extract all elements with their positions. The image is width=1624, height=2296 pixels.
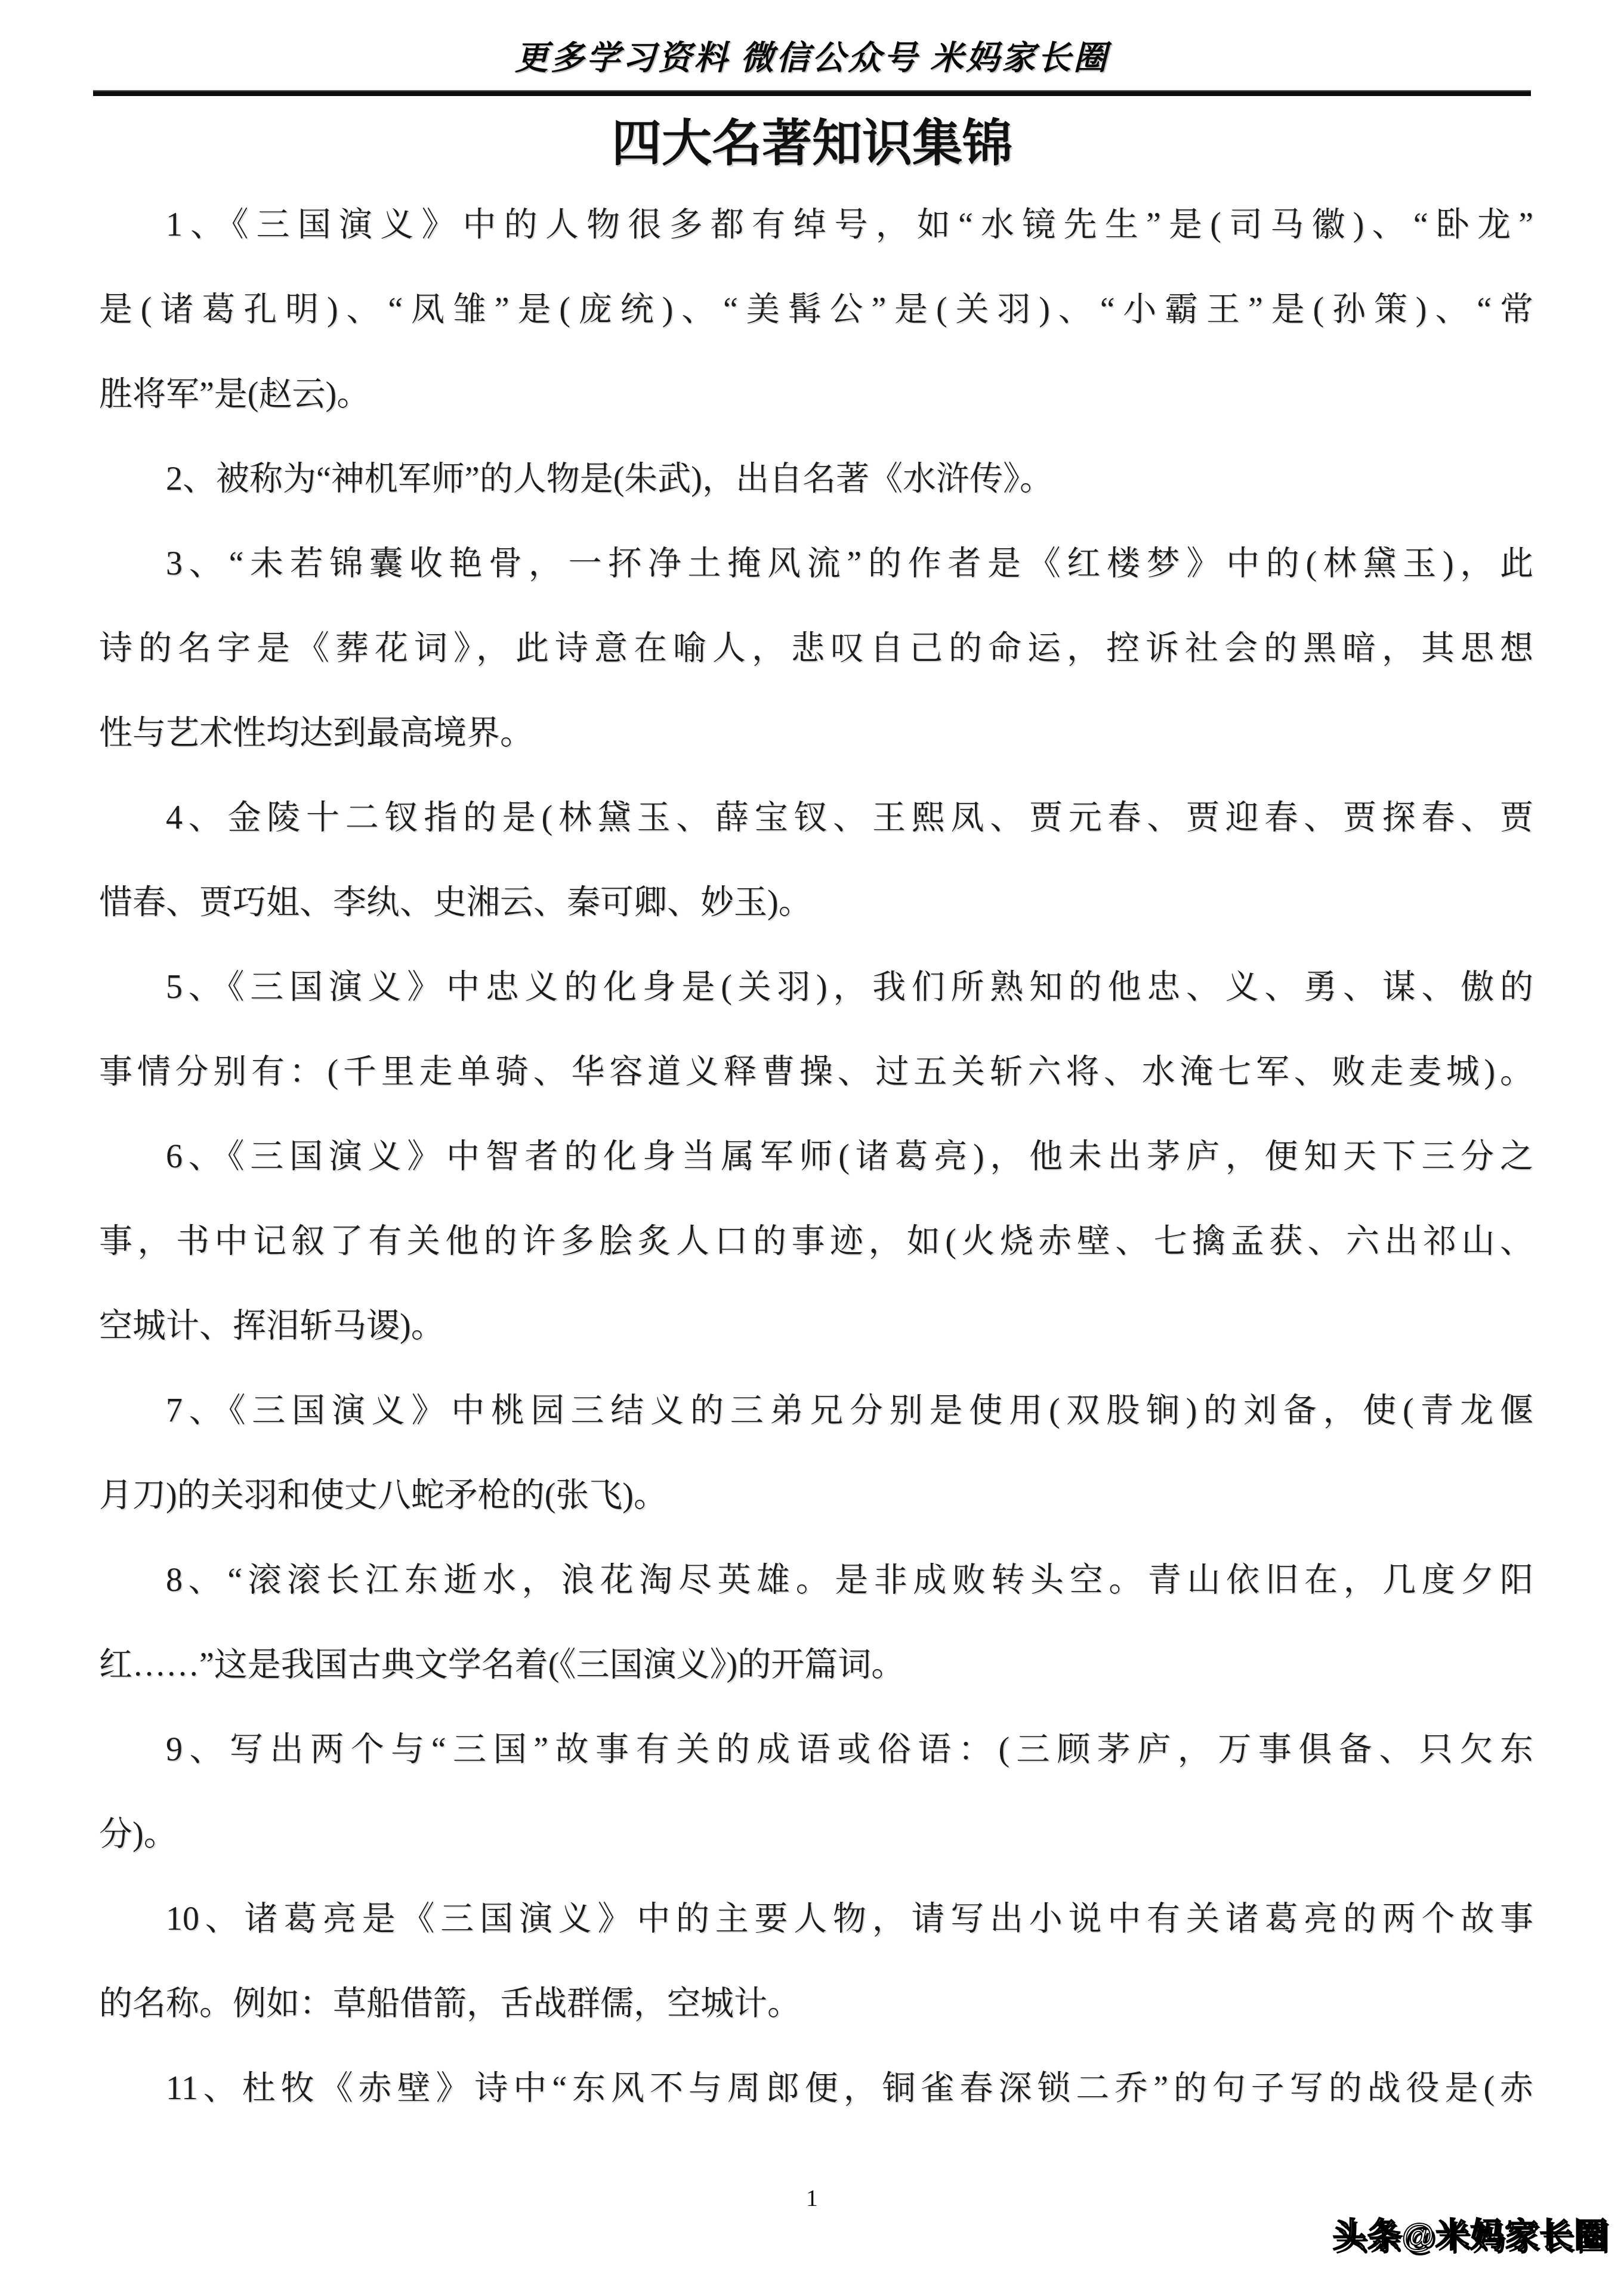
- text-line: 的名称。例如：草船借箭，舌战群儒，空城计。: [99, 1961, 1533, 2046]
- watermark: 头条@米妈家长圈: [1332, 2202, 1608, 2268]
- text-line: 事，书中记叙了有关他的许多脍炙人口的事迹，如(火烧赤壁、七擒孟获、六出祁山、: [99, 1199, 1533, 1284]
- text-line: 事情分别有：(千里走单骑、华容道义释曹操、过五关斩六将、水淹七军、败走麦城)。: [99, 1030, 1533, 1114]
- page-header: 更多学习资料 微信公众号 米妈家长圈: [0, 29, 1624, 88]
- text-line: 3、“未若锦囊收艳骨，一抔净土掩风流”的作者是《红楼梦》中的(林黛玉)，此: [99, 521, 1533, 606]
- page-title: 四大名著知识集锦: [0, 111, 1624, 178]
- text-line: 惜春、贾巧姐、李纨、史湘云、秦可卿、妙玉)。: [99, 860, 1533, 945]
- header-divider: [93, 90, 1531, 96]
- document-page: 更多学习资料 微信公众号 米妈家长圈 四大名著知识集锦 1、《三国演义》中的人物…: [0, 0, 1624, 2296]
- text-line: 10、诸葛亮是《三国演义》中的主要人物，请写出小说中有关诸葛亮的两个故事: [99, 1877, 1533, 1961]
- text-line: 月刀)的关羽和使丈八蛇矛枪的(张飞)。: [99, 1453, 1533, 1538]
- text-line: 胜将军”是(赵云)。: [99, 352, 1533, 437]
- text-line: 性与艺术性均达到最高境界。: [99, 691, 1533, 775]
- text-line: 空城计、挥泪斩马谡)。: [99, 1284, 1533, 1368]
- text-line: 6、《三国演义》中智者的化身当属军师(诸葛亮)，他未出茅庐，便知天下三分之: [99, 1114, 1533, 1199]
- text-line: 7、《三国演义》中桃园三结义的三弟兄分别是使用(双股锏)的刘备，使(青龙偃: [99, 1368, 1533, 1453]
- text-line: 5、《三国演义》中忠义的化身是(关羽)，我们所熟知的他忠、义、勇、谋、傲的: [99, 945, 1533, 1030]
- text-line: 1、《三国演义》中的人物很多都有绰号，如“水镜先生”是(司马徽)、“卧龙”: [99, 183, 1533, 267]
- text-line: 11、杜牧《赤壁》诗中“东风不与周郎便，铜雀春深锁二乔”的句子写的战役是(赤: [99, 2046, 1533, 2131]
- text-line: 是(诸葛孔明)、“凤雏”是(庞统)、“美髯公”是(关羽)、“小霸王”是(孙策)、…: [99, 267, 1533, 352]
- text-line: 2、被称为“神机军师”的人物是(朱武)，出自名著《水浒传》。: [99, 437, 1533, 521]
- text-line: 红……”这是我国古典文学名着(《三国演义》)的开篇词。: [99, 1623, 1533, 1707]
- text-line: 4、金陵十二钗指的是(林黛玉、薛宝钗、王熙凤、贾元春、贾迎春、贾探春、贾: [99, 775, 1533, 860]
- text-line: 诗的名字是《葬花词》，此诗意在喻人，悲叹自己的命运，控诉社会的黑暗，其思想: [99, 606, 1533, 691]
- text-line: 分)。: [99, 1792, 1533, 1877]
- text-line: 9、写出两个与“三国”故事有关的成语或俗语：(三顾茅庐，万事俱备、只欠东: [99, 1707, 1533, 1792]
- document-body: 1、《三国演义》中的人物很多都有绰号，如“水镜先生”是(司马徽)、“卧龙” 是(…: [0, 183, 1624, 2131]
- text-line: 8、“滚滚长江东逝水，浪花淘尽英雄。是非成败转头空。青山依旧在，几度夕阳: [99, 1538, 1533, 1623]
